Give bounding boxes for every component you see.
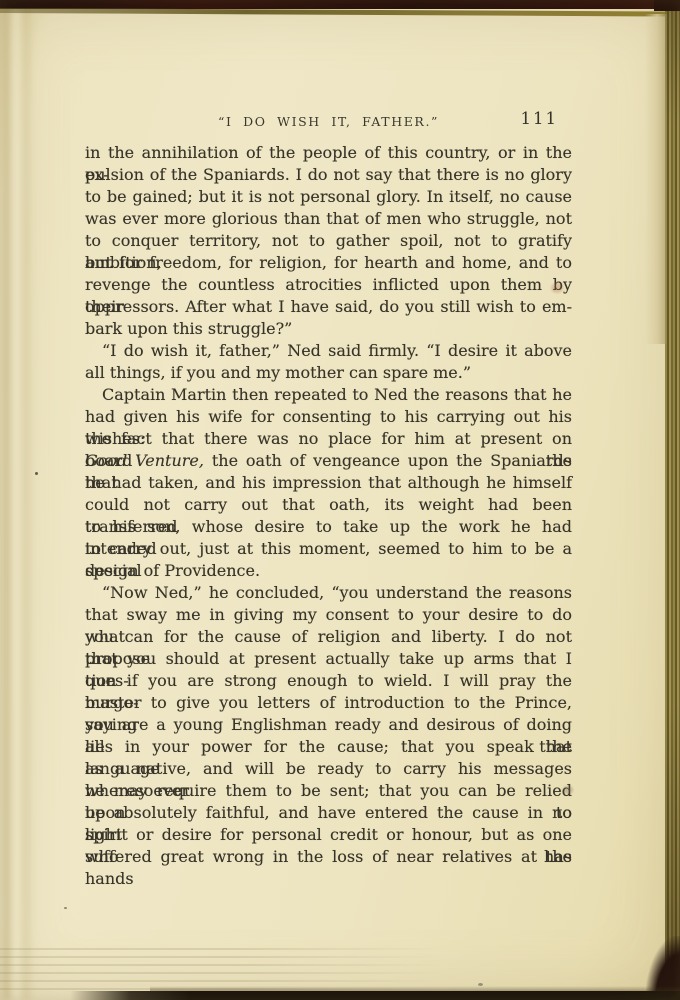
page-number: 111 xyxy=(521,109,559,128)
text-line: in the annihilation of the people of thi… xyxy=(85,142,572,164)
paragraph-dialogue-ned: “I do wish it, father,” Ned said firmly.… xyxy=(85,340,572,384)
text-line: to be gained; but it is not personal glo… xyxy=(85,186,572,208)
page-edge-line-top xyxy=(0,8,680,17)
text-line: that you should at present actually take… xyxy=(85,648,572,670)
text-line: that sway me in giving my consent to you… xyxy=(85,604,572,626)
text-line: to his son, whose desire to take up the … xyxy=(85,516,572,538)
text-line: to carry out, just at this moment, seeme… xyxy=(85,538,572,560)
paragraph-now-ned: “Now Ned,” he concluded, “you understand… xyxy=(85,582,572,868)
text-line: spirit or desire for personal credit or … xyxy=(85,824,572,846)
text-line: was ever more glorious than that of men … xyxy=(85,208,572,230)
text-line: suffered great wrong in the loss of near… xyxy=(85,846,572,868)
text-line: be absolutely faithful, and have entered… xyxy=(85,802,572,824)
book-cover-corner-top-right xyxy=(654,0,680,11)
text-line: master to give you letters of introducti… xyxy=(85,692,572,714)
text-line: to conquer territory, not to gather spoi… xyxy=(85,230,572,252)
text-line: could not carry out that oath, its weigh… xyxy=(85,494,572,516)
paragraph-continuation: in the annihilation of the people of thi… xyxy=(85,142,572,340)
page-text-block: in the annihilation of the people of thi… xyxy=(85,142,572,868)
scanned-book-page: “I DO WISH IT, FATHER.” 111 in the annih… xyxy=(0,0,680,1000)
text-line: as a native, and will be ready to carry … xyxy=(85,758,572,780)
page-gutter-crease xyxy=(4,0,34,1000)
text-line: had given his wife for consenting to his… xyxy=(85,406,572,428)
scan-smudge xyxy=(551,283,563,293)
text-line: pulsion of the Spaniards. I do not say t… xyxy=(85,164,572,186)
paragraph-captain-martin: Captain Martin then repeated to Ned the … xyxy=(85,384,572,582)
text-line: you are a young Englishman ready and des… xyxy=(85,714,572,736)
italic-ship-name: Good Venture, xyxy=(85,451,204,470)
text-line: oppressors. After what I have said, do y… xyxy=(85,296,572,318)
text-line: “Now Ned,” he concluded, “you understand… xyxy=(85,582,572,604)
text-line: revenge the countless atrocities inflict… xyxy=(85,274,572,296)
scan-speck xyxy=(64,907,67,909)
text-line: all things, if you and my mother can spa… xyxy=(85,362,572,384)
running-header-title: “I DO WISH IT, FATHER.” xyxy=(218,114,439,129)
book-fore-edge-highlight xyxy=(645,14,667,344)
text-line: he had taken, and his impression that al… xyxy=(85,472,572,494)
scan-speck xyxy=(35,472,38,475)
scan-smudge xyxy=(563,786,573,794)
book-fore-edge-pages xyxy=(665,6,680,1000)
text-line: but for freedom, for religion, for heart… xyxy=(85,252,572,274)
text-line: bark upon this struggle?” xyxy=(85,318,572,340)
text-line: he may require them to be sent; that you… xyxy=(85,780,572,802)
text-line-with-italic: Good Venture, the oath of vengeance upon… xyxy=(85,450,572,472)
text-line: the fact that there was no place for him… xyxy=(85,428,572,450)
text-line: lies in your power for the cause; that y… xyxy=(85,736,572,758)
text-line: design of Providence. xyxy=(85,560,572,582)
text-line: Captain Martin then repeated to Ned the … xyxy=(85,384,572,406)
text-line: “I do wish it, father,” Ned said firmly.… xyxy=(85,340,572,362)
text-line: you can for the cause of religion and li… xyxy=(85,626,572,648)
text-line: tion if you are strong enough to wield. … xyxy=(85,670,572,692)
book-cover-bottom-edge xyxy=(0,991,680,1000)
running-header: “I DO WISH IT, FATHER.” 111 xyxy=(85,111,572,131)
